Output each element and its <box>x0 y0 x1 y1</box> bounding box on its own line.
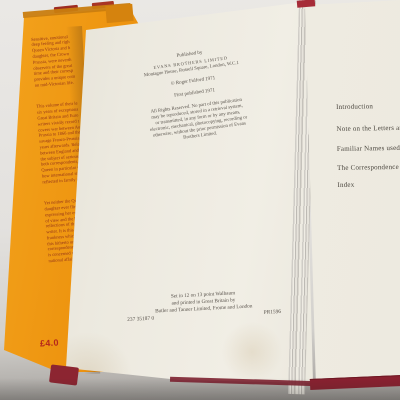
colophon-block: Set in 12 on 13 point Walbaum and printe… <box>126 288 281 324</box>
contents-item-note-on-letters: Note on the Letters and <box>336 122 400 134</box>
table-shadow <box>0 378 400 400</box>
printer-code: PR1596 <box>264 309 282 317</box>
contents-item-introduction: Introduction <box>336 100 400 112</box>
contents-item-correspondence: The Correspondence <box>337 161 400 173</box>
book-photo: Sensitive, emotional deep feeling and ri… <box>0 0 400 400</box>
jacket-price: £4.0 <box>40 338 59 349</box>
imprint-block: Published by EVANS BROTHERS LIMITED Mont… <box>100 41 290 152</box>
contents-item-index: Index <box>337 178 400 190</box>
contents-item-familiar-names: Familiar Names used <box>337 142 400 154</box>
contents-list: Introduction Note on the Letters and Fam… <box>336 100 400 190</box>
isbn-number: 237 35187 0 <box>127 316 154 324</box>
